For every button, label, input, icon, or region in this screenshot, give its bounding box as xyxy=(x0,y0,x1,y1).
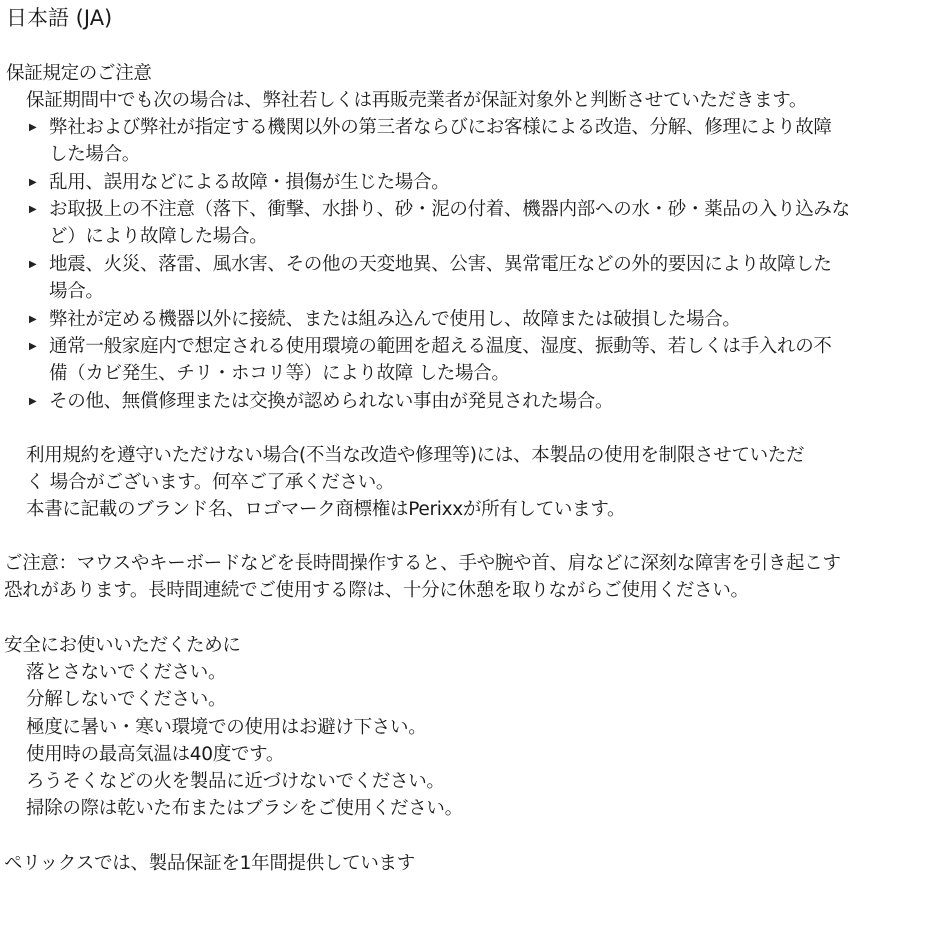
bullet-icon: ▶ xyxy=(29,308,37,332)
bullet-icon: ▶ xyxy=(29,390,37,414)
safety-item: 極度に暑い・寒い環境での使用はお避け下さい。 xyxy=(26,716,426,740)
caution-text-continuation: 恐れがあります。長時間連続でご使用する際は、十分に休憩を取りながらご使用ください… xyxy=(4,579,749,603)
list-item: お取扱上の不注意（落下、衝撃、水掛り、砂・泥の付着、機器内部への水・砂・薬品の入… xyxy=(49,198,850,222)
safety-heading: 安全にお使いいただくために xyxy=(4,634,241,658)
list-item-continuation: ど）により故障した場合。 xyxy=(49,225,267,249)
page-title: 日本語 (JA) xyxy=(6,6,112,30)
safety-item: 落とさないでください。 xyxy=(26,661,226,685)
bullet-icon: ▶ xyxy=(29,253,37,277)
safety-item: 分解しないでください。 xyxy=(26,688,226,712)
list-item: 地震、火災、落雷、風水害、その他の天変地異、公害、異常電圧などの外的要因により故… xyxy=(49,253,832,277)
bullet-icon: ▶ xyxy=(29,198,37,222)
terms-notice-continuation: く 場合がございます。何卒ご了承ください。 xyxy=(26,471,394,495)
bullet-icon: ▶ xyxy=(29,116,37,140)
terms-notice: 利用規約を遵守いただけない場合(不当な改造や修理等)には、本製品の使用を制限させ… xyxy=(26,444,804,468)
trademark-notice: 本書に記載のブランド名、ロゴマーク商標権はPerixxが所有しています。 xyxy=(26,498,625,522)
bullet-icon: ▶ xyxy=(29,335,37,359)
list-item-continuation: 場合。 xyxy=(49,280,104,304)
warranty-period-note: ペリックスでは、製品保証を1年間提供しています xyxy=(4,852,415,876)
list-item: 通常一般家庭内で想定される使用環境の範囲を超える温度、湿度、振動等、若しくは手入… xyxy=(49,335,832,359)
safety-item: ろうそくなどの火を製品に近づけないでください。 xyxy=(26,770,445,794)
warranty-intro: 保証期間中でも次の場合は、弊社若しくは再販売業者が保証対象外と判断させていただき… xyxy=(26,89,807,113)
list-item: その他、無償修理または交換が認められない事由が発見された場合。 xyxy=(49,390,613,414)
warranty-heading: 保証規定のご注意 xyxy=(6,62,152,86)
list-item: 弊社が定める機器以外に接続、または組み込んで使用し、故障または破損した場合。 xyxy=(49,308,741,332)
list-item: 乱用、誤用などによる故障・損傷が生じた場合。 xyxy=(49,171,449,195)
list-item-continuation: 備（カビ発生、チリ・ホコリ等）により故障 した場合。 xyxy=(49,362,510,386)
list-item: 弊社および弊社が指定する機関以外の第三者ならびにお客様による改造、分解、修理によ… xyxy=(49,116,832,140)
safety-item: 掃除の際は乾いた布またはブラシをご使用ください。 xyxy=(26,797,463,821)
bullet-icon: ▶ xyxy=(29,171,37,195)
list-item-continuation: した場合。 xyxy=(49,143,140,167)
caution-text: ご注意：マウスやキーボードなどを長時間操作すると、手や腕や首、肩などに深刻な障害… xyxy=(4,552,841,576)
safety-item: 使用時の最高気温は40度です。 xyxy=(26,743,284,767)
